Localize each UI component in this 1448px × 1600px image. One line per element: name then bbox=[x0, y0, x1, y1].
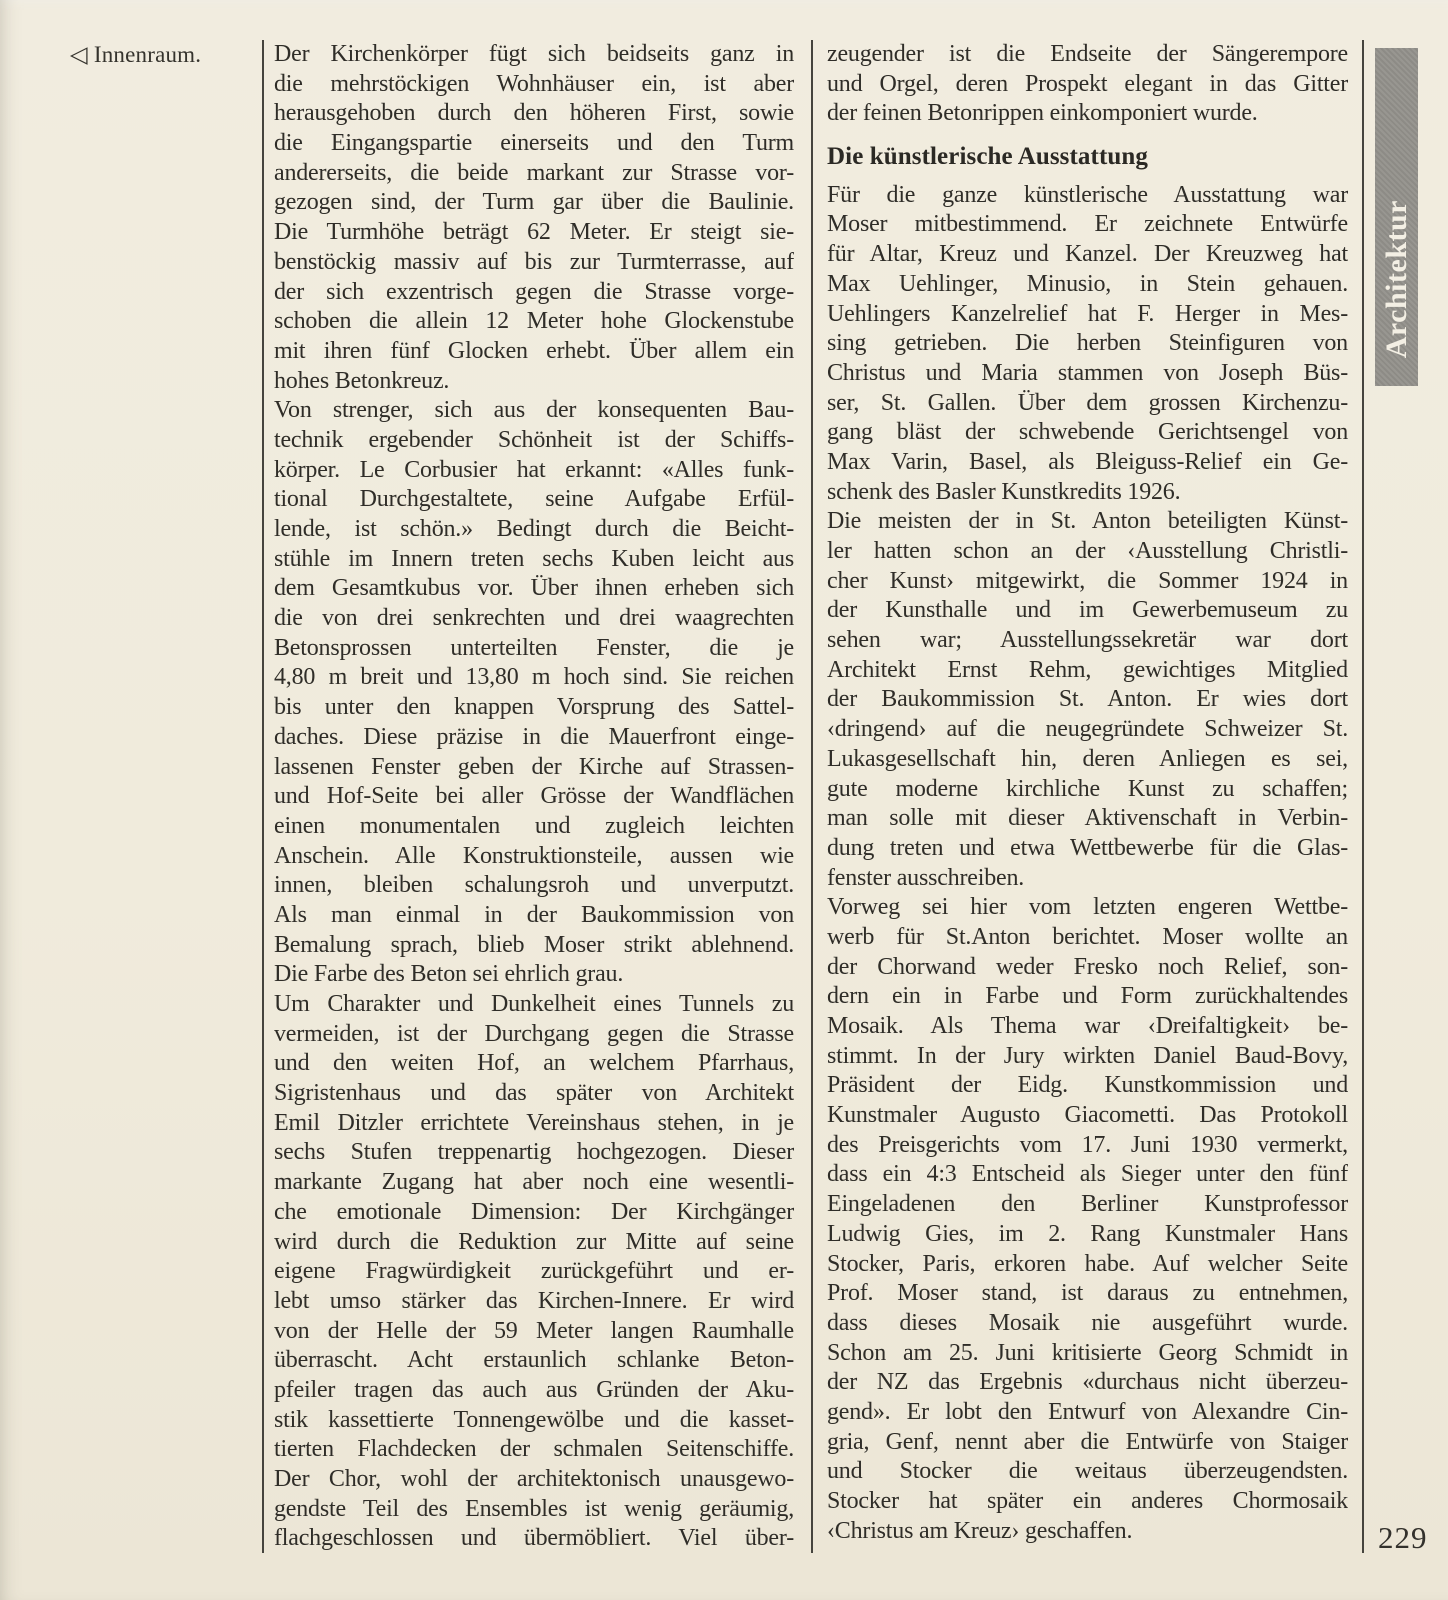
text-line: Eingeladenen den Berliner Kunstprofessor bbox=[827, 1190, 1348, 1220]
text-line: ler hatten schon an der ‹Ausstellung Chr… bbox=[827, 537, 1348, 567]
text-line: daches. Diese präzise in die Mauerfront … bbox=[274, 723, 794, 753]
text-line: Als man einmal in der Baukommission von bbox=[274, 901, 794, 931]
paragraph: Der Kirchenkörper fügt sich beidseits ga… bbox=[274, 40, 794, 396]
text-line: technik ergebender Schönheit ist der Sch… bbox=[274, 426, 794, 456]
text-line: vermeiden, ist der Durchgang gegen die S… bbox=[274, 1020, 794, 1050]
text-line: ser, St. Gallen. Über dem grossen Kirche… bbox=[827, 389, 1348, 419]
text-line: 4,80 m breit und 13,80 m hoch sind. Sie … bbox=[274, 663, 794, 693]
text-line: für Altar, Kreuz und Kanzel. Der Kreuzwe… bbox=[827, 240, 1348, 270]
text-line: der Kunsthalle und im Gewerbemuseum zu bbox=[827, 596, 1348, 626]
text-line: und Orgel, deren Prospekt elegant in das… bbox=[827, 70, 1348, 100]
paragraph: zeugender ist die Endseite der Sängeremp… bbox=[827, 40, 1348, 129]
text-line: Christus und Maria stammen von Joseph Bü… bbox=[827, 359, 1348, 389]
text-line: herausgehoben durch den höheren First, s… bbox=[274, 99, 794, 129]
text-line: der Chorwand weder Fresko noch Relief, s… bbox=[827, 953, 1348, 983]
column-right-bottom-paragraphs: Für die ganze künstlerische Ausstattung … bbox=[827, 181, 1348, 1547]
text-line: dass dieses Mosaik nie ausgeführt wurde. bbox=[827, 1309, 1348, 1339]
text-line: und Stocker die weitaus überzeugendsten. bbox=[827, 1457, 1348, 1487]
text-line: benstöckig massiv auf bis zur Turmterras… bbox=[274, 248, 794, 278]
text-line: gend». Er lobt den Entwurf von Alexandre… bbox=[827, 1398, 1348, 1428]
column-rule-right bbox=[1362, 40, 1364, 1553]
text-line: dass ein 4:3 Entscheid als Sieger unter … bbox=[827, 1160, 1348, 1190]
scanned-book-page: ◁ Innenraum. Der Kirchenkörper fügt sich… bbox=[0, 0, 1448, 1600]
text-line: lassenen Fenster geben der Kirche auf St… bbox=[274, 753, 794, 783]
text-line: Sigristenhaus und das später von Archite… bbox=[274, 1079, 794, 1109]
text-line: Stocker hat später ein anderes Chormosai… bbox=[827, 1487, 1348, 1517]
text-line: Lukasgesellschaft hin, deren Anliegen es… bbox=[827, 745, 1348, 775]
text-column-right: zeugender ist die Endseite der Sängeremp… bbox=[827, 40, 1348, 1546]
text-line: ‹Christus am Kreuz› geschaffen. bbox=[827, 1517, 1348, 1547]
text-line: gang bläst der schwebende Gerichtsengel … bbox=[827, 418, 1348, 448]
text-line: lende, ist schön.» Bedingt durch die Bei… bbox=[274, 515, 794, 545]
column-rule-left bbox=[262, 40, 264, 1553]
text-line: stimmt. In der Jury wirkten Daniel Baud-… bbox=[827, 1042, 1348, 1072]
text-line: Mosaik. Als Thema war ‹Dreifaltigkeit› b… bbox=[827, 1012, 1348, 1042]
chapter-tab-label: Architektur bbox=[1380, 196, 1414, 358]
text-line: andererseits, die beide markant zur Stra… bbox=[274, 159, 794, 189]
text-line: man solle mit dieser Aktivenschaft in Ve… bbox=[827, 804, 1348, 834]
text-line: einen monumentalen und zugleich leichten bbox=[274, 812, 794, 842]
text-line: der Baukommission St. Anton. Er wies dor… bbox=[827, 685, 1348, 715]
text-line: pfeiler tragen das auch aus Gründen der … bbox=[274, 1376, 794, 1406]
text-line: fenster ausschreiben. bbox=[827, 864, 1348, 894]
text-line: tierten Flachdecken der schmalen Seitens… bbox=[274, 1435, 794, 1465]
text-line: gendste Teil des Ensembles ist wenig ger… bbox=[274, 1495, 794, 1525]
text-line: Max Varin, Basel, als Bleiguss-Relief ei… bbox=[827, 448, 1348, 478]
text-line: körper. Le Corbusier hat erkannt: «Alles… bbox=[274, 456, 794, 486]
text-line: zeugender ist die Endseite der Sängeremp… bbox=[827, 40, 1348, 70]
text-line: Prof. Moser stand, ist daraus zu entnehm… bbox=[827, 1279, 1348, 1309]
text-line: Stocker, Paris, erkoren habe. Auf welche… bbox=[827, 1250, 1348, 1280]
chapter-tab: Architektur bbox=[1375, 48, 1418, 386]
text-line: flachgeschlossen und übermöbliert. Viel … bbox=[274, 1524, 794, 1554]
text-line: des Preisgerichts vom 17. Juni 1930 verm… bbox=[827, 1131, 1348, 1161]
page-number: 229 bbox=[1378, 1520, 1428, 1556]
text-line: Von strenger, sich aus der konsequenten … bbox=[274, 396, 794, 426]
text-line: Uehlingers Kanzelrelief hat F. Herger in… bbox=[827, 300, 1348, 330]
text-line: Für die ganze künstlerische Ausstattung … bbox=[827, 181, 1348, 211]
margin-caption: ◁ Innenraum. bbox=[70, 42, 201, 68]
paragraph: Für die ganze künstlerische Ausstattung … bbox=[827, 181, 1348, 508]
paragraph: Die meisten der in St. Anton beteiligten… bbox=[827, 507, 1348, 893]
text-line: schenk des Basler Kunstkredits 1926. bbox=[827, 478, 1348, 508]
text-line: gria, Genf, nennt aber die Entwürfe von … bbox=[827, 1428, 1348, 1458]
text-line: markante Zugang hat aber noch eine wesen… bbox=[274, 1168, 794, 1198]
text-line: die von drei senkrechten und drei waagre… bbox=[274, 604, 794, 634]
text-line: Ludwig Gies, im 2. Rang Kunstmaler Hans bbox=[827, 1220, 1348, 1250]
text-line: dem Gesamtkubus vor. Über ihnen erheben … bbox=[274, 574, 794, 604]
text-line: lebt umso stärker das Kirchen-Innere. Er… bbox=[274, 1287, 794, 1317]
text-line: bis unter den knappen Vorsprung des Satt… bbox=[274, 693, 794, 723]
text-line: Die meisten der in St. Anton beteiligten… bbox=[827, 507, 1348, 537]
text-line: Vorweg sei hier vom letzten engeren Wett… bbox=[827, 893, 1348, 923]
text-line: dung treten und etwa Wettbewerbe für die… bbox=[827, 834, 1348, 864]
text-line: die mehrstöckigen Wohnhäuser ein, ist ab… bbox=[274, 70, 794, 100]
text-line: von der Helle der 59 Meter langen Raumha… bbox=[274, 1317, 794, 1347]
text-line: stik kassettierte Tonnengewölbe und die … bbox=[274, 1406, 794, 1436]
text-line: Die Farbe des Beton sei ehrlich grau. bbox=[274, 960, 794, 990]
text-line: überrascht. Acht erstaunlich schlanke Be… bbox=[274, 1346, 794, 1376]
text-line: und Hof-Seite bei aller Grösse der Wandf… bbox=[274, 782, 794, 812]
text-line: sing getrieben. Die herben Steinfiguren … bbox=[827, 329, 1348, 359]
text-line: mit ihren fünf Glocken erhebt. Über alle… bbox=[274, 337, 794, 367]
text-line: Moser mitbestimmend. Er zeichnete Entwür… bbox=[827, 210, 1348, 240]
section-heading: Die künstlerische Ausstattung bbox=[827, 142, 1348, 172]
text-line: sechs Stufen treppenartig hochgezogen. D… bbox=[274, 1138, 794, 1168]
text-line: dern ein in Farbe und Form zurückhaltend… bbox=[827, 982, 1348, 1012]
text-line: Der Chor, wohl der architektonisch unaus… bbox=[274, 1465, 794, 1495]
text-line: der feinen Betonrippen einkomponiert wur… bbox=[827, 99, 1348, 129]
text-line: ‹dringend› auf die neugegründete Schweiz… bbox=[827, 715, 1348, 745]
text-line: Der Kirchenkörper fügt sich beidseits ga… bbox=[274, 40, 794, 70]
text-line: und den weiten Hof, an welchem Pfarrhaus… bbox=[274, 1049, 794, 1079]
text-line: Bemalung sprach, blieb Moser strikt able… bbox=[274, 931, 794, 961]
text-line: che emotionale Dimension: Der Kirchgänge… bbox=[274, 1198, 794, 1228]
text-line: Emil Ditzler errichtete Vereinshaus steh… bbox=[274, 1109, 794, 1139]
text-line: gezogen sind, der Turm gar über die Baul… bbox=[274, 188, 794, 218]
column-rule-middle bbox=[811, 40, 813, 1553]
text-line: Architekt Ernst Rehm, gewichtiges Mitgli… bbox=[827, 656, 1348, 686]
text-line: gute moderne kirchliche Kunst zu schaffe… bbox=[827, 775, 1348, 805]
text-line: Schon am 25. Juni kritisierte Georg Schm… bbox=[827, 1339, 1348, 1369]
text-line: sehen war; Ausstellungssekretär war dort bbox=[827, 626, 1348, 656]
text-line: cher Kunst› mitgewirkt, die Sommer 1924 … bbox=[827, 567, 1348, 597]
text-line: Max Uehlinger, Minusio, in Stein gehauen… bbox=[827, 270, 1348, 300]
paragraph: Um Charakter und Dunkelheit eines Tunnel… bbox=[274, 990, 794, 1554]
text-line: eigene Fragwürdigkeit zurückgeführt und … bbox=[274, 1257, 794, 1287]
text-line: werb für St.Anton berichtet. Moser wollt… bbox=[827, 923, 1348, 953]
text-line: schoben die allein 12 Meter hohe Glocken… bbox=[274, 307, 794, 337]
text-line: tional Durchgestaltete, seine Aufgabe Er… bbox=[274, 485, 794, 515]
text-column-left: Der Kirchenkörper fügt sich beidseits ga… bbox=[274, 40, 794, 1554]
text-line: die Eingangspartie einerseits und den Tu… bbox=[274, 129, 794, 159]
text-line: stühle im Innern treten sechs Kuben leic… bbox=[274, 545, 794, 575]
text-line: Kunstmaler Augusto Giacometti. Das Proto… bbox=[827, 1101, 1348, 1131]
text-line: Anschein. Alle Konstruktionsteile, ausse… bbox=[274, 842, 794, 872]
paragraph: Vorweg sei hier vom letzten engeren Wett… bbox=[827, 893, 1348, 1546]
text-line: Betonsprossen unterteilten Fenster, die … bbox=[274, 634, 794, 664]
text-line: wird durch die Reduktion zur Mitte auf s… bbox=[274, 1228, 794, 1258]
text-line: Um Charakter und Dunkelheit eines Tunnel… bbox=[274, 990, 794, 1020]
text-line: innen, bleiben schalungsroh und unverput… bbox=[274, 871, 794, 901]
text-line: Die Turmhöhe beträgt 62 Meter. Er steigt… bbox=[274, 218, 794, 248]
text-line: der sich exzentrisch gegen die Strasse v… bbox=[274, 278, 794, 308]
text-line: Präsident der Eidg. Kunstkommission und bbox=[827, 1071, 1348, 1101]
text-line: hohes Betonkreuz. bbox=[274, 367, 794, 397]
text-line: der NZ das Ergebnis «durchaus nicht über… bbox=[827, 1368, 1348, 1398]
column-right-top-paragraphs: zeugender ist die Endseite der Sängeremp… bbox=[827, 40, 1348, 129]
paragraph: Von strenger, sich aus der konsequenten … bbox=[274, 396, 794, 990]
